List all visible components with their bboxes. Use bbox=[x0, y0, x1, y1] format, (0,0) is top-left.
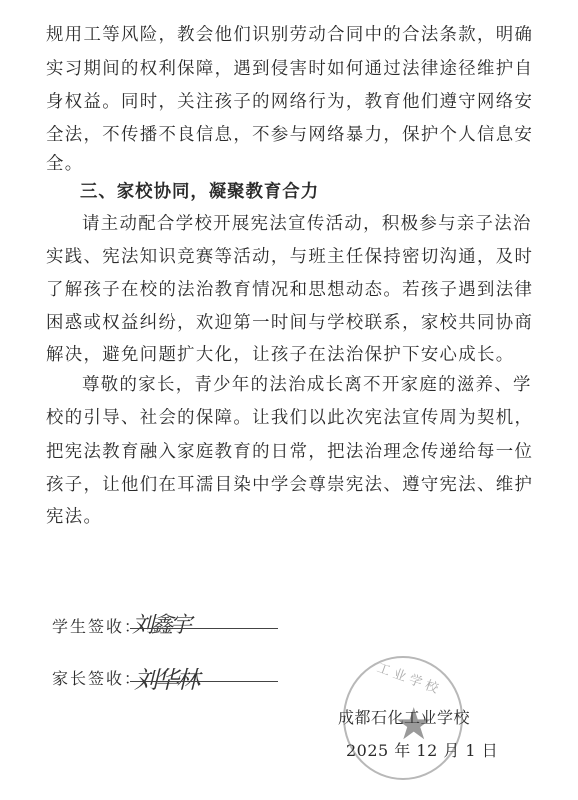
parent-signature-label: 家长签收： bbox=[52, 666, 142, 689]
student-signature-line bbox=[130, 628, 278, 629]
text-line: 孩子，让他们在耳濡目染中学会尊崇宪法、遵守宪法、维护 bbox=[46, 474, 533, 496]
text-line: 身权益。同时，关注孩子的网络行为，教育他们遵守网络安 bbox=[46, 91, 533, 113]
student-signature: 刘鑫宇 bbox=[132, 608, 189, 639]
text-line: 了解孩子在校的法治教育情况和思想动态。若孩子遇到法律 bbox=[46, 279, 533, 301]
school-name: 成都石化工业学校 bbox=[338, 705, 470, 728]
text-line: 实践、宪法知识竞赛等活动，与班主任保持密切沟通，及时 bbox=[46, 246, 533, 268]
text-line: 宪法。 bbox=[46, 506, 102, 528]
text-line: 解决，避免问题扩大化，让孩子在法治保护下安心成长。 bbox=[46, 344, 515, 366]
issue-date: 2025 年 12 月 1 日 bbox=[346, 738, 498, 761]
parent-signature-line bbox=[130, 681, 278, 682]
text-line: 尊敬的家长，青少年的法治成长离不开家庭的滋养、学 bbox=[82, 374, 532, 396]
student-signature-label: 学生签收： bbox=[52, 614, 142, 637]
text-line: 校的引导、社会的保障。让我们以此次宪法宣传周为契机， bbox=[46, 407, 533, 429]
text-line: 把宪法教育融入家庭教育的日常，把法治理念传递给每一位 bbox=[46, 441, 533, 463]
section-heading: 三、家校协同，凝聚教育合力 bbox=[80, 181, 319, 203]
text-line: 请主动配合学校开展宪法宣传活动，积极参与亲子法治 bbox=[82, 213, 532, 235]
text-line: 实习期间的权利保障，遇到侵害时如何通过法律途径维护自 bbox=[46, 58, 533, 80]
text-line: 困惑或权益纠纷，欢迎第一时间与学校联系，家校共同协商 bbox=[46, 312, 533, 334]
text-line: 全法，不传播不良信息，不参与网络暴力，保护个人信息安 bbox=[46, 124, 533, 146]
parent-signature: 刘华林 bbox=[134, 660, 197, 695]
text-line: 全。 bbox=[46, 153, 83, 175]
text-line: 规用工等风险，教会他们识别劳动合同中的合法条款，明确 bbox=[46, 24, 533, 46]
